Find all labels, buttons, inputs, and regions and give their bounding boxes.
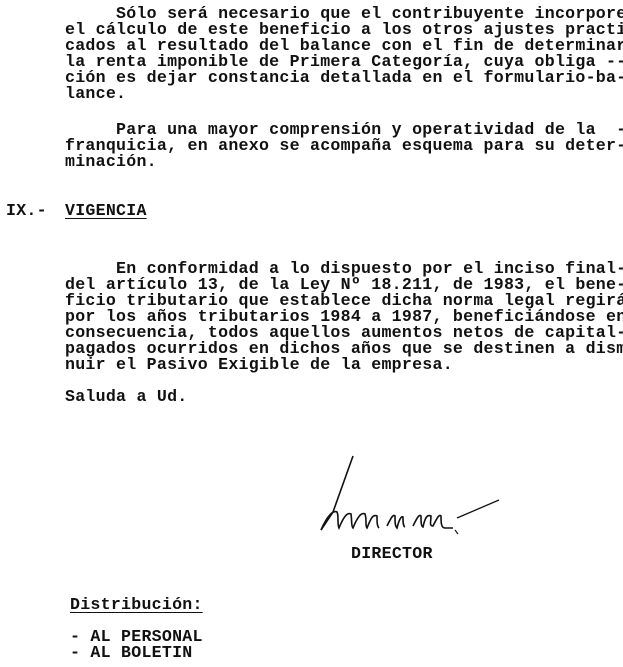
section-title: VIGENCIA <box>65 203 147 219</box>
closing-salutation: Saluda a Ud. <box>65 389 188 405</box>
distribution-heading: Distribución: <box>70 597 203 613</box>
text-line: minación. <box>65 154 157 170</box>
text-line: lance. <box>65 86 126 102</box>
distribution-item: - AL BOLETIN <box>70 645 193 661</box>
text-line: nuir el Pasivo Exigible de la empresa. <box>65 357 453 373</box>
text-line: ción es dejar constancia detallada en el… <box>65 70 623 86</box>
signature-image <box>315 450 515 540</box>
section-number: IX.- <box>6 203 47 219</box>
signature-title: DIRECTOR <box>351 546 433 562</box>
